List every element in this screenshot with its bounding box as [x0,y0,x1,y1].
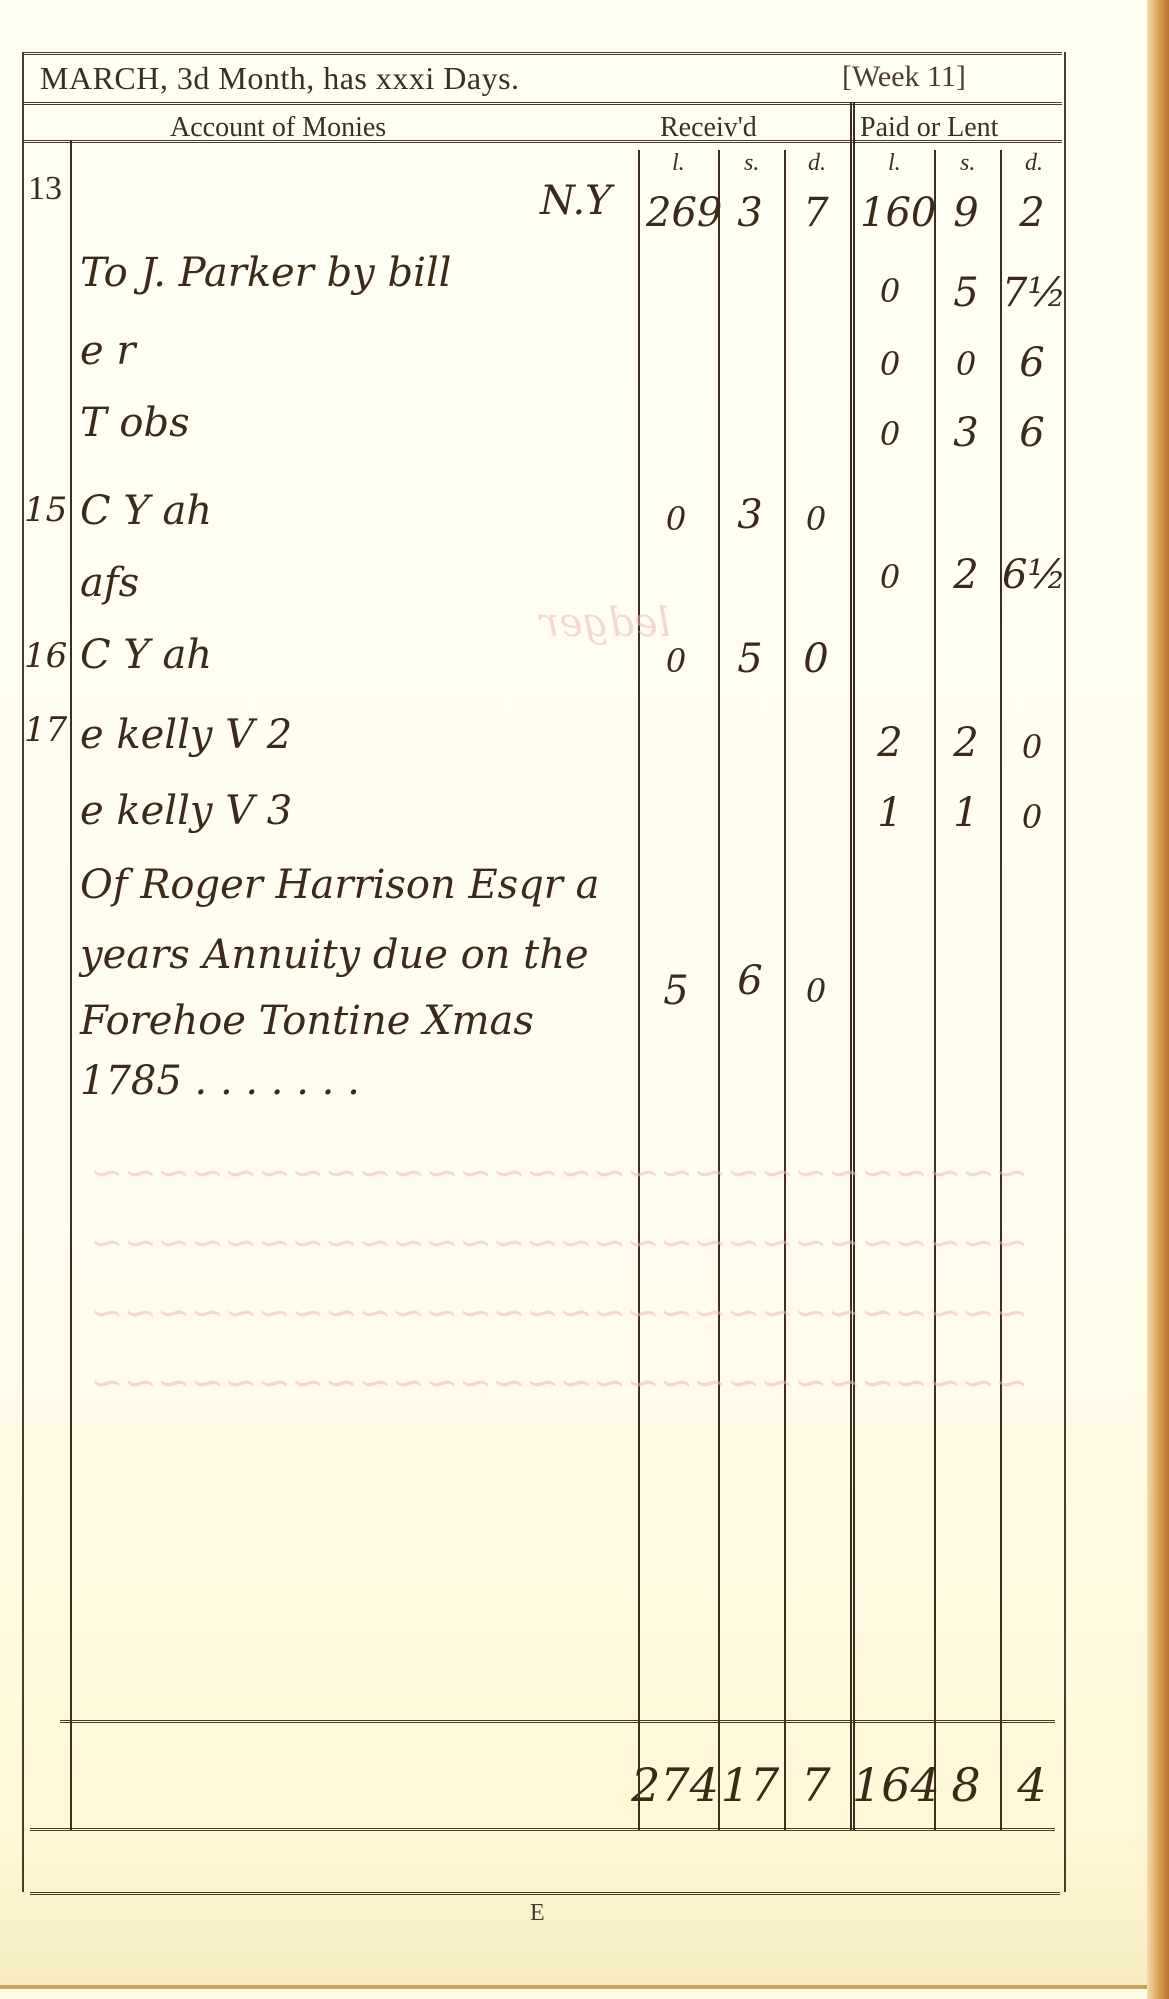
received-d: 0 [786,500,846,538]
bottom-rule [30,1892,1060,1895]
account-header: Account of Monies [170,112,386,144]
annuity-line-4: 1785 . . . . . . . [80,1058,360,1104]
received-l: 269 [646,190,706,236]
bleed-through-text: ledger [540,600,670,646]
paid-s: 0 [936,345,996,383]
week-label: [Week 11] [842,60,966,94]
annuity-line-3: Forehoe Tontine Xmas [80,998,534,1044]
received-l-rule [638,150,640,1830]
received-s: 5 [720,636,780,682]
paid-s-rule [934,150,936,1830]
entry-description: To J. Parker by bill [80,250,451,296]
paid-d: 0 [1002,798,1062,836]
entry-date: 15 [24,490,67,530]
unit-received-s: s. [744,150,759,177]
total-paid-l: 164 [852,1758,936,1812]
received-d: 7 [786,190,846,236]
top-rule [22,52,1062,55]
title-rule [22,102,1062,105]
received-d: 0 [786,636,846,682]
paid-l: 0 [860,272,920,310]
paid-d: 2 [1002,190,1062,236]
annuity-line-1: Of Roger Harrison Esqr a [80,862,600,908]
received-l: 5 [646,968,706,1014]
entry-date: 13 [28,170,62,208]
total-paid-s: 8 [936,1758,996,1812]
paid-l: 160 [860,190,920,236]
entry-description: T obs [80,400,190,446]
paid-d: 6½ [1002,552,1062,598]
entry-date: 16 [24,636,67,676]
unit-received-l: l. [672,150,685,177]
paid-s: 1 [936,790,996,836]
paid-l: 0 [860,345,920,383]
paid-l: 0 [860,558,920,596]
received-s: 3 [720,492,780,538]
unit-paid-d: d. [1025,150,1043,177]
total-received-l: 274 [630,1758,720,1812]
page-title: MARCH, 3d Month, has xxxi Days. [40,60,520,97]
date-column-rule [70,140,72,1830]
signature-mark: E [530,1900,545,1927]
entry-description: C Y ah [80,632,212,678]
page-edge [1147,0,1169,1999]
paid-d: 6 [1002,340,1062,386]
entry-description: e r [80,328,136,374]
entry-description: e kelly V 3 [80,788,292,834]
entry-date: 17 [24,710,67,750]
paid-d-rule [1000,150,1002,1830]
paid-s: 5 [936,270,996,316]
received-paid-divider [850,102,855,1830]
paid-header: Paid or Lent [860,112,998,144]
received-l: 0 [646,500,706,538]
paid-d: 7½ [1002,270,1062,316]
total-paid-d: 4 [1002,1758,1062,1812]
total-received-s: 17 [720,1758,780,1812]
unit-received-d: d. [808,150,826,177]
paid-s: 9 [936,190,996,236]
bleed-through-text: ~~~~~~~~~~~~~~~~~~~~~~~~~~~~ [90,1220,1028,1266]
totals-top-rule [60,1720,1055,1723]
bleed-through-text: ~~~~~~~~~~~~~~~~~~~~~~~~~~~~ [90,1290,1028,1336]
unit-paid-s: s. [960,150,975,177]
entry-description: C Y ah [80,488,212,534]
entry-description: afs [80,560,139,606]
paid-l: 2 [860,720,920,766]
received-s: 6 [720,958,780,1004]
annuity-line-2: years Annuity due on the [80,932,589,978]
total-received-d: 7 [786,1758,846,1812]
received-s: 3 [720,190,780,236]
received-d: 0 [786,972,846,1010]
paid-s: 3 [936,410,996,456]
paid-s: 2 [936,720,996,766]
paid-d: 0 [1002,728,1062,766]
received-l: 0 [646,642,706,680]
totals-bottom-rule [30,1828,1055,1831]
entry-description: N.Y [540,178,612,224]
paid-l: 1 [860,790,920,836]
entry-description: e kelly V 2 [80,712,292,758]
bleed-through-text: ~~~~~~~~~~~~~~~~~~~~~~~~~~~~ [90,1150,1028,1196]
received-header: Receiv'd [660,112,757,144]
paid-l: 0 [860,415,920,453]
bleed-through-text: ~~~~~~~~~~~~~~~~~~~~~~~~~~~~ [90,1360,1028,1406]
unit-paid-l: l. [888,150,901,177]
paid-s: 2 [936,552,996,598]
paid-d: 6 [1002,410,1062,456]
